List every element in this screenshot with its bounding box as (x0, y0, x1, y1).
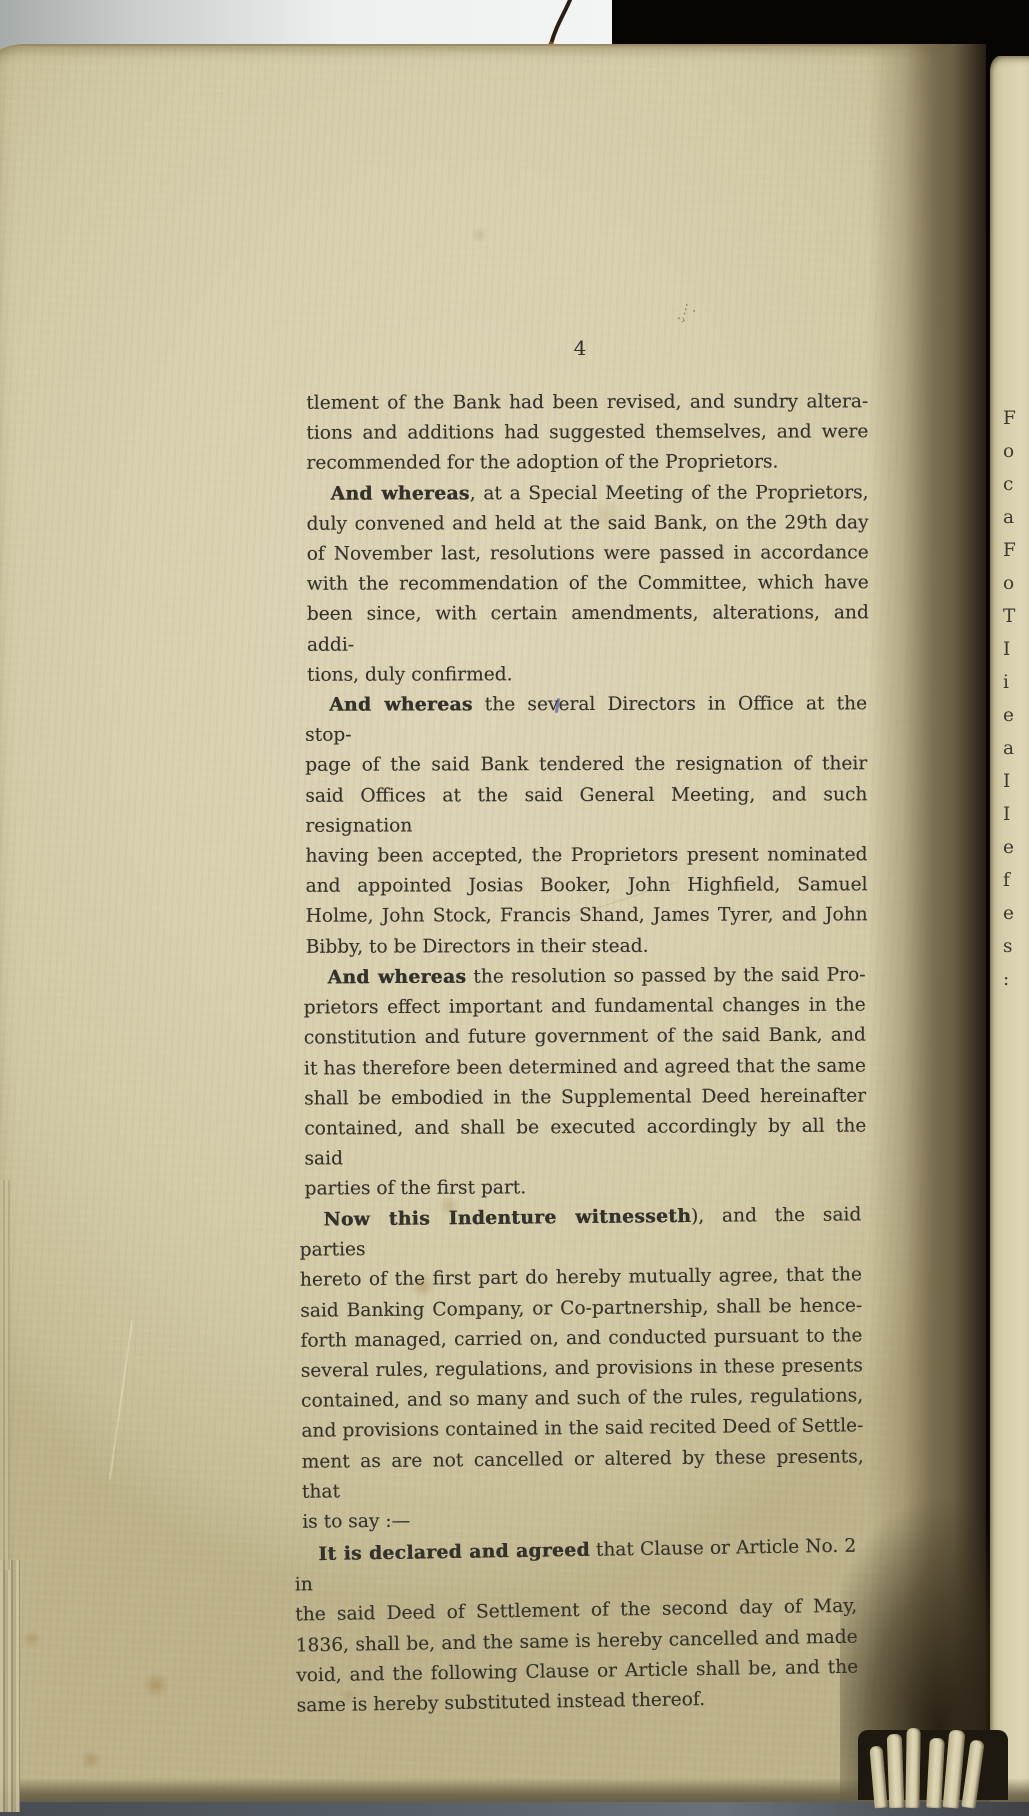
edge-letter: I (1003, 798, 1029, 831)
text-line: constitution and future government of th… (304, 1021, 866, 1054)
text-line: of November last, resolutions were passe… (307, 538, 869, 570)
paragraph: tlement of the Bank had been revised, an… (306, 387, 868, 479)
edge-letter: s (1003, 930, 1029, 963)
text-line: And whereas the resolution so passed by … (303, 960, 865, 993)
text-line: tions and additions had suggested themse… (306, 417, 868, 449)
text-line: duly convened and held at the said Bank,… (307, 508, 869, 540)
text-line: And whereas the several Directors in Off… (305, 689, 867, 751)
book-scan-photo: ⋮··› 4 tlement of the Bank had been revi… (0, 0, 1029, 1816)
text-block: tlement of the Bank had been revised, an… (306, 387, 871, 1717)
blackletter-phrase: Now this Indenture witnesseth (323, 1206, 691, 1231)
page-stack-edges (0, 1560, 20, 1812)
folded-page-tab (887, 1734, 905, 1808)
edge-letter: a (1003, 732, 1029, 765)
text-line: shall be embodied in the Supplemental De… (304, 1081, 866, 1114)
paragraph: And whereas the several Directors in Off… (305, 689, 868, 962)
edge-letter: i (1003, 666, 1029, 699)
facing-page-edge-letters: FocaFoTIieaIIefes: (1003, 402, 1029, 996)
text-line: prietors effect important and fundamenta… (304, 991, 866, 1024)
folded-page-tabs (858, 1712, 1018, 1808)
edge-letter: I (1003, 765, 1029, 798)
edge-letter: T (1003, 600, 1029, 633)
folded-page-tab (905, 1728, 920, 1808)
text-line: having been accepted, the Proprietors pr… (305, 840, 867, 872)
text-line: contained, and shall be executed accordi… (304, 1111, 866, 1174)
text-line: Bibby, to be Directors in their stead. (306, 931, 868, 963)
text-line: It is declared and agreed that Clause or… (294, 1531, 857, 1600)
edge-letter: I (1003, 633, 1029, 666)
text-line: Now this Indenture witnesseth), and the … (299, 1201, 862, 1267)
blackletter-phrase: It is declared and agreed (318, 1540, 590, 1565)
facing-page-edge: FocaFoTIieaIIefes: (990, 56, 1029, 1802)
text-line: ment as are not cancelled or altered by … (302, 1442, 865, 1508)
text-line: and appointed Josias Booker, John Highfi… (306, 871, 868, 903)
text-line: recommended for the adoption of the Prop… (306, 448, 868, 480)
blackletter-phrase: And whereas (327, 966, 466, 988)
edge-letter: F (1003, 534, 1029, 567)
edge-letter: e (1003, 831, 1029, 864)
text-line: it has therefore been determined and agr… (304, 1051, 866, 1084)
text-line: page of the said Bank tendered the resig… (305, 750, 867, 782)
blackletter-phrase: And whereas (329, 694, 473, 715)
page-number: 4 (566, 336, 594, 360)
blackletter-phrase: And whereas (331, 483, 470, 504)
page-stack-edges (0, 1180, 10, 1570)
text-line: parties of the first part. (305, 1172, 867, 1205)
edge-letter: c (1003, 468, 1029, 501)
paragraph: It is declared and agreed that Clause or… (294, 1531, 859, 1721)
edge-letter: e (1003, 699, 1029, 732)
edge-letter: e (1003, 897, 1029, 930)
paragraph: And whereas, at a Special Meeting of the… (306, 478, 869, 691)
edge-letter: f (1003, 864, 1029, 897)
edge-letter: F (1003, 402, 1029, 435)
text-line: tions, duly confirmed. (307, 659, 869, 691)
edge-letter: o (1003, 567, 1029, 600)
text-line: tlement of the Bank had been revised, an… (306, 387, 868, 419)
text-line: said Offices at the said General Meeting… (305, 780, 867, 842)
edge-letter: a (1003, 501, 1029, 534)
paragraph: And whereas the resolution so passed by … (303, 960, 866, 1205)
text-line: And whereas, at a Special Meeting of the… (306, 478, 868, 510)
edge-letter: o (1003, 435, 1029, 468)
overexposed-background-band (0, 0, 614, 50)
edge-letter: : (1003, 963, 1029, 996)
text-line: Holme, John Stock, Francis Shand, James … (306, 901, 868, 933)
text-line: with the recommendation of the Committee… (307, 568, 869, 600)
paragraph: Now this Indenture witnesseth), and the … (299, 1201, 864, 1539)
text-line: been since, with certain amendments, alt… (307, 599, 869, 661)
